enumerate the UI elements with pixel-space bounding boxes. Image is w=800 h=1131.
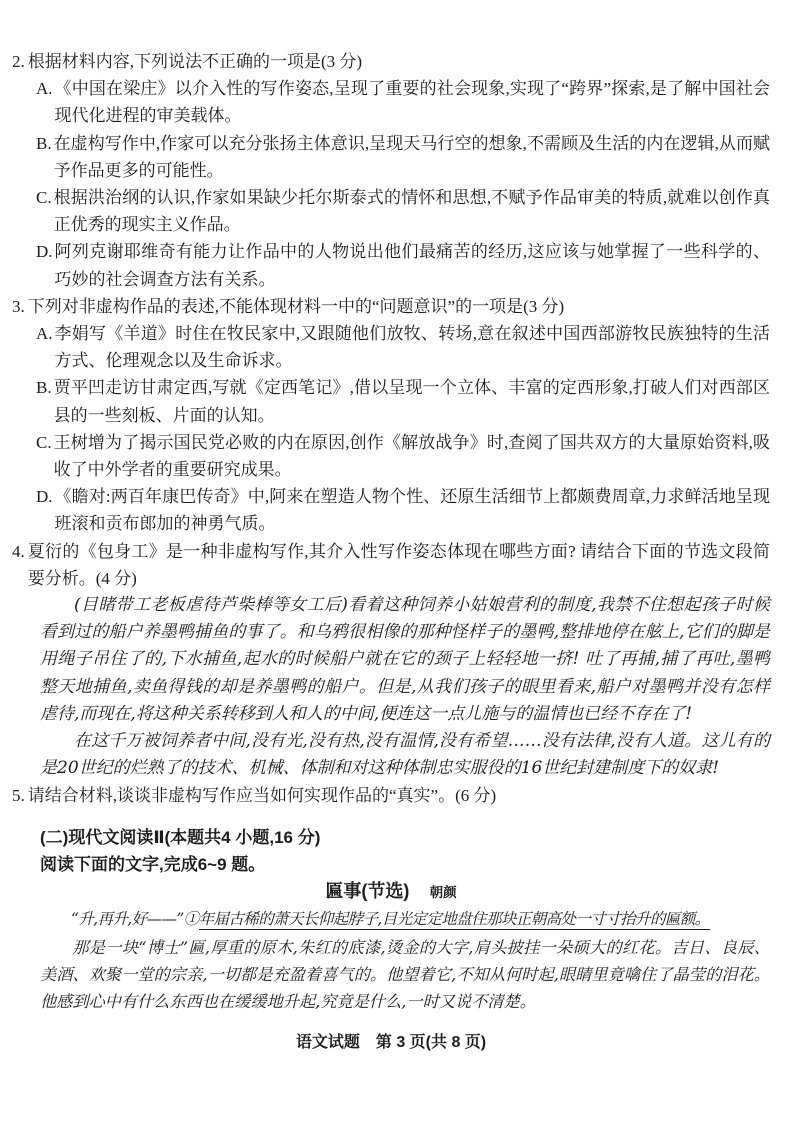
- section-heading: (二)现代文阅读Ⅱ(本题共4 小题,16 分): [40, 824, 770, 851]
- baoshengong-excerpt: (目睹带工老板虐待芦柴棒等女工后)看着这种饲养小姑娘营利的制度,我禁不住想起孩子…: [12, 592, 770, 782]
- question-3-number: 3.: [12, 293, 25, 320]
- question-5: 5. 请结合材料,谈谈非虚构写作应当如何实现作品的“真实”。(6 分): [12, 782, 770, 809]
- option-text: 在虚构写作中,作家可以充分张扬主体意识,呈现天马行空的想象,不需顾及生活的内在逻…: [54, 130, 770, 184]
- option-text: 《中国在梁庄》以介入性的写作姿态,呈现了重要的社会现象,实现了“跨界”探索,是了…: [55, 75, 770, 129]
- question-4-stem: 夏衍的《包身工》是一种非虚构写作,其介入性写作姿态体现在哪些方面? 请结合下面的…: [28, 538, 770, 592]
- question-2-option-a: A. 《中国在梁庄》以介入性的写作姿态,呈现了重要的社会现象,实现了“跨界”探索…: [36, 75, 770, 129]
- question-2-option-d: D. 阿列克谢耶维奇有能力让作品中的人物说出他们最痛苦的经历,这应该与她掌握了一…: [36, 238, 770, 292]
- excerpt-paragraph-1: (目睹带工老板虐待芦柴棒等女工后)看着这种饲养小姑娘营利的制度,我禁不住想起孩子…: [40, 592, 770, 728]
- option-label: A.: [36, 75, 53, 129]
- question-3-stem-row: 3. 下列对非虚构作品的表述,不能体现材料一中的“问题意识”的一项是(3 分): [12, 293, 770, 320]
- option-label: A.: [36, 320, 53, 374]
- question-3-stem: 下列对非虚构作品的表述,不能体现材料一中的“问题意识”的一项是(3 分): [28, 293, 770, 320]
- question-2-number: 2.: [12, 48, 25, 75]
- option-label: D.: [36, 483, 53, 537]
- question-5-number: 5.: [12, 782, 25, 809]
- paragraph-1-underlined-text: 年届古稀的萧天长仰起脖子,目光定定地盘住那块正朝高处一寸寸抬升的匾额。: [199, 910, 710, 930]
- option-text: 根据洪治纲的认识,作家如果缺少托尔斯泰式的情怀和思想,不赋予作品审美的特质,就难…: [54, 184, 770, 238]
- question-4-number: 4.: [12, 538, 25, 592]
- option-label: B.: [36, 130, 52, 184]
- section-modern-reading-2: (二)现代文阅读Ⅱ(本题共4 小题,16 分) 阅读下面的文字,完成6~9 题。…: [12, 824, 770, 1015]
- question-3: 3. 下列对非虚构作品的表述,不能体现材料一中的“问题意识”的一项是(3 分) …: [12, 293, 770, 538]
- question-5-stem-row: 5. 请结合材料,谈谈非虚构写作应当如何实现作品的“真实”。(6 分): [12, 782, 770, 809]
- question-2-stem: 根据材料内容,下列说法不正确的一项是(3 分): [28, 48, 770, 75]
- option-label: C.: [36, 184, 52, 238]
- passage-author: 朝颜: [430, 885, 457, 900]
- excerpt-paragraph-2: 在这千万被饲养者中间,没有光,没有热,没有温情,没有希望……没有法律,没有人道。…: [40, 728, 770, 782]
- option-label: C.: [36, 429, 52, 483]
- question-2-option-c: C. 根据洪治纲的认识,作家如果缺少托尔斯泰式的情怀和思想,不赋予作品审美的特质…: [36, 184, 770, 238]
- option-text: 阿列克谢耶维奇有能力让作品中的人物说出他们最痛苦的经历,这应该与她掌握了一些科学…: [55, 238, 770, 292]
- option-text: 王树增为了揭示国民党必败的内在原因,创作《解放战争》时,查阅了国共双方的大量原始…: [54, 429, 770, 483]
- passage-paragraph-2: 那是一块“博士”匾,厚重的原木,朱红的底漆,烫金的大字,肩头披挂一朵硕大的红花。…: [40, 934, 770, 1016]
- question-2-stem-row: 2. 根据材料内容,下列说法不正确的一项是(3 分): [12, 48, 770, 75]
- question-3-option-d: D. 《瞻对:两百年康巴传奇》中,阿来在塑造人物个性、还原生活细节上都颇费周章,…: [36, 483, 770, 537]
- question-3-option-b: B. 贾平凹走访甘肃定西,写就《定西笔记》,借以呈现一个立体、丰富的定西形象,打…: [36, 374, 770, 428]
- question-5-stem: 请结合材料,谈谈非虚构写作应当如何实现作品的“真实”。(6 分): [28, 782, 770, 809]
- section-instruction: 阅读下面的文字,完成6~9 题。: [40, 851, 770, 878]
- option-text: 《瞻对:两百年康巴传奇》中,阿来在塑造人物个性、还原生活细节上都颇费周章,力求鲜…: [55, 483, 770, 537]
- exam-page: 2. 根据材料内容,下列说法不正确的一项是(3 分) A. 《中国在梁庄》以介入…: [0, 0, 800, 1131]
- passage-title-row: 匾事(节选) 朝颜: [12, 878, 770, 906]
- option-label: B.: [36, 374, 52, 428]
- question-3-option-a: A. 李娟写《羊道》时住在牧民家中,又跟随他们放牧、转场,意在叙述中国西部游牧民…: [36, 320, 770, 374]
- question-4-stem-row: 4. 夏衍的《包身工》是一种非虚构写作,其介入性写作姿态体现在哪些方面? 请结合…: [12, 538, 770, 592]
- option-text: 贾平凹走访甘肃定西,写就《定西笔记》,借以呈现一个立体、丰富的定西形象,打破人们…: [54, 374, 770, 428]
- question-2-option-b: B. 在虚构写作中,作家可以充分张扬主体意识,呈现天马行空的想象,不需顾及生活的…: [36, 130, 770, 184]
- option-label: D.: [36, 238, 53, 292]
- page-footer: 语文试题 第 3 页(共 8 页): [12, 1029, 770, 1056]
- passage-title: 匾事(节选): [325, 881, 409, 901]
- option-text: 李娟写《羊道》时住在牧民家中,又跟随他们放牧、转场,意在叙述中国西部游牧民族独特…: [55, 320, 770, 374]
- question-4: 4. 夏衍的《包身工》是一种非虚构写作,其介入性写作姿态体现在哪些方面? 请结合…: [12, 538, 770, 783]
- footer-page-number: 第 3 页(共 8 页): [376, 1029, 486, 1056]
- paragraph-1-lead: “升,再升,好——”①: [71, 910, 199, 928]
- question-3-option-c: C. 王树增为了揭示国民党必败的内在原因,创作《解放战争》时,查阅了国共双方的大…: [36, 429, 770, 483]
- footer-exam-title: 语文试题: [296, 1029, 360, 1056]
- passage-paragraph-1: “升,再升,好——”①年届古稀的萧天长仰起脖子,目光定定地盘住那块正朝高处一寸寸…: [40, 906, 770, 933]
- question-2: 2. 根据材料内容,下列说法不正确的一项是(3 分) A. 《中国在梁庄》以介入…: [12, 48, 770, 293]
